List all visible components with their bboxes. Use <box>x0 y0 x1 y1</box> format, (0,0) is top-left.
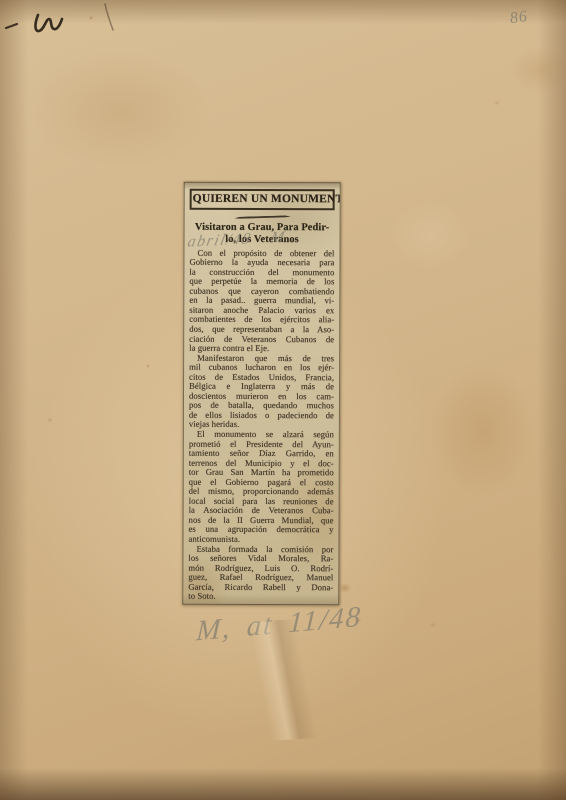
article-line: del mismo, proporcionando además <box>189 487 334 497</box>
headline: QUIEREN UN MONUMENTO <box>193 193 332 205</box>
article-paragraph: Manifestaron que más de tresmil cubanos … <box>189 353 334 430</box>
article-line: dos, que representaban a la Aso- <box>189 325 334 335</box>
article-line: Gobierno la ayuda necesaria para <box>189 258 334 268</box>
article-line: Manifestaron que más de tres <box>189 353 334 363</box>
article-paragraph: Estaba formada la comisión porlos señore… <box>188 544 333 602</box>
article-line: Con el propósito de obtener del <box>189 248 334 258</box>
article-line: que el Gobierno pagará el costo <box>189 477 334 487</box>
article-line: mil cubanos lucharon en los ejér- <box>189 363 334 373</box>
article-line: terrenos del Municipio y el doc- <box>189 458 334 468</box>
article-line: Estaba formada la comisión por <box>188 544 333 554</box>
article-paragraph: El monumento se alzará segúnprometió el … <box>188 430 333 545</box>
article-line: Bélgica e Inglaterra y más de <box>189 382 334 392</box>
subhead: Visitaron a Grau, Para Pedir-lo, los Vet… <box>190 222 335 246</box>
article-line: García, Ricardo Rabell y Dona- <box>188 582 333 592</box>
article-line: que perpetúe la memoria de los <box>189 277 334 287</box>
pencil-note-annotation: M, at 11/48 <box>195 601 362 649</box>
page-number-annotation: 86 <box>509 8 529 28</box>
subhead-line: lo, los Veteranos <box>190 234 335 246</box>
article-line: combatientes de los ejércitos alia- <box>189 315 334 325</box>
article-line: nos de la II Guerra Mundial, que <box>189 516 334 526</box>
article-line: la construcción del monumento <box>189 267 334 277</box>
article-line: la guerra contra el Eje. <box>189 344 334 354</box>
article-line: cubanos que cayeron combatiendo <box>189 287 334 297</box>
article-paragraph: Con el propósito de obtener delGobierno … <box>189 248 334 354</box>
article-line: guez, Rafael Rodríguez, Manuel <box>188 573 333 583</box>
headline-divider <box>234 215 290 219</box>
article-line: citos de Estados Unidos, Francia, <box>189 372 334 382</box>
article-line: en la pasad.. guerra mundial, vi- <box>189 296 334 306</box>
article-line: la Asociación de Veteranos Cuba- <box>189 506 334 516</box>
subhead-line: Visitaron a Grau, Para Pedir- <box>190 222 335 234</box>
article-line: El monumento se alzará según <box>189 430 334 440</box>
article-line: món Rodríguez, Luis O. Rodrí- <box>188 563 333 573</box>
article-line: tamiento señor Díaz Garrido, en <box>189 449 334 459</box>
article-line: tor Grau San Martín ha prometido <box>189 468 334 478</box>
newspaper-clipping: QUIEREN UN MONUMENTO Visitaron a Grau, P… <box>182 182 340 606</box>
article-line: sitaron anoche Palacio varios ex <box>189 306 334 316</box>
article-line: los señores Vidal Morales, Ra- <box>188 554 333 564</box>
article-line: local social para las reuniones de <box>189 497 334 507</box>
article-line: es una agrupación democrática y <box>189 525 334 535</box>
article-line: prometió el Presidente del Ayun- <box>189 439 334 449</box>
scrapbook-page: 86 QUIEREN UN MONUMENTO Visitaron a Grau… <box>0 0 566 800</box>
ink-scribble-mark <box>2 3 132 41</box>
article-body: Con el propósito de obtener delGobierno … <box>188 248 334 602</box>
article-line: viejas heridas. <box>189 420 334 430</box>
headline-box: QUIEREN UN MONUMENTO <box>190 189 335 211</box>
article-line: doscientos murieron en los cam- <box>189 392 334 402</box>
article-line: de ellos lisiados o padeciendo de <box>189 411 334 421</box>
article-line: anticomunista. <box>188 535 333 545</box>
article-line: ciación de Veteranos Cubanos de <box>189 334 334 344</box>
article-line: pos de batalla, quedando muchos <box>189 401 334 411</box>
article-line: to Soto. <box>188 592 333 602</box>
